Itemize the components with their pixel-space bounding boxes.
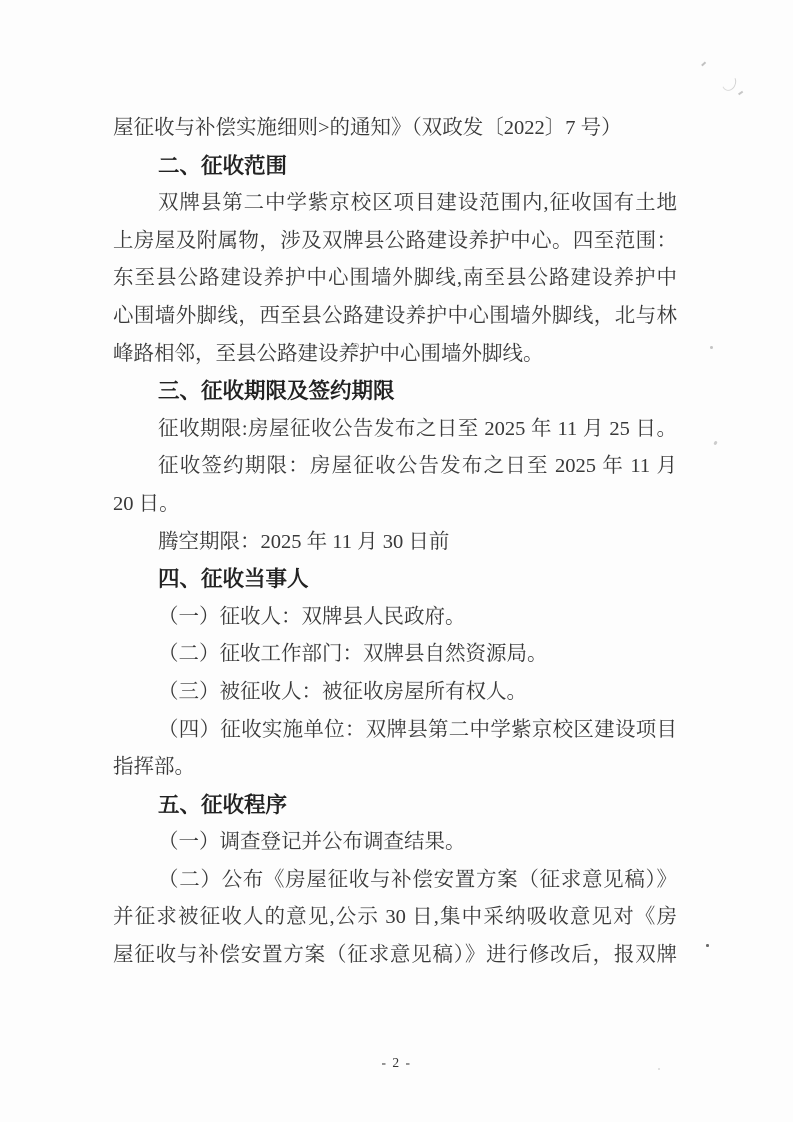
text-line: 屋征收与补偿安置方案（征求意见稿）》进行修改后，报双牌 — [113, 937, 677, 975]
text-line: 双牌县第二中学紫京校区项目建设范围内,征收国有土地 — [113, 185, 677, 223]
scan-artifact — [706, 944, 709, 947]
scan-artifact — [701, 62, 706, 66]
document-page: 屋征收与补偿实施细则>的通知》（双政发〔2022〕7 号）二、征收范围双牌县第二… — [0, 0, 793, 1122]
text-line: （一）征收人：双牌县人民政府。 — [113, 599, 677, 637]
scan-artifact — [720, 72, 739, 92]
text-line: （二）公布《房屋征收与补偿安置方案（征求意见稿）》 — [113, 862, 677, 900]
text-line: 征收期限:房屋征收公告发布之日至 2025 年 11 月 25 日。 — [113, 411, 677, 449]
text-line: （三）被征收人：被征收房屋所有权人。 — [113, 674, 677, 712]
document-body: 屋征收与补偿实施细则>的通知》（双政发〔2022〕7 号）二、征收范围双牌县第二… — [113, 110, 677, 975]
section-heading: 二、征收范围 — [113, 148, 677, 186]
page-number: - 2 - — [0, 1055, 793, 1071]
text-line: 腾空期限：2025 年 11 月 30 日前 — [113, 524, 677, 562]
scan-artifact — [713, 441, 718, 446]
text-line: 屋征收与补偿实施细则>的通知》（双政发〔2022〕7 号） — [113, 110, 677, 148]
text-line: （四）征收实施单位：双牌县第二中学紫京校区建设项目 — [113, 712, 677, 750]
scan-artifact — [738, 91, 743, 95]
text-line: 指挥部。 — [113, 749, 677, 787]
section-heading: 三、征收期限及签约期限 — [113, 373, 677, 411]
text-line: 峰路相邻，至县公路建设养护中心围墙外脚线。 — [113, 336, 677, 374]
text-line: 并征求被征收人的意见,公示 30 日,集中采纳吸收意见对《房 — [113, 899, 677, 937]
text-line: 东至县公路建设养护中心围墙外脚线,南至县公路建设养护中 — [113, 260, 677, 298]
text-line: 征收签约期限：房屋征收公告发布之日至 2025 年 11 月 — [113, 448, 677, 486]
text-line: （一）调查登记并公布调查结果。 — [113, 824, 677, 862]
section-heading: 五、征收程序 — [113, 787, 677, 825]
text-line: 20 日。 — [113, 486, 677, 524]
section-heading: 四、征收当事人 — [113, 561, 677, 599]
scan-artifact — [710, 346, 713, 349]
text-line: 心围墙外脚线，西至县公路建设养护中心围墙外脚线，北与林 — [113, 298, 677, 336]
text-line: 上房屋及附属物，涉及双牌县公路建设养护中心。四至范围： — [113, 223, 677, 261]
text-line: （二）征收工作部门：双牌县自然资源局。 — [113, 636, 677, 674]
